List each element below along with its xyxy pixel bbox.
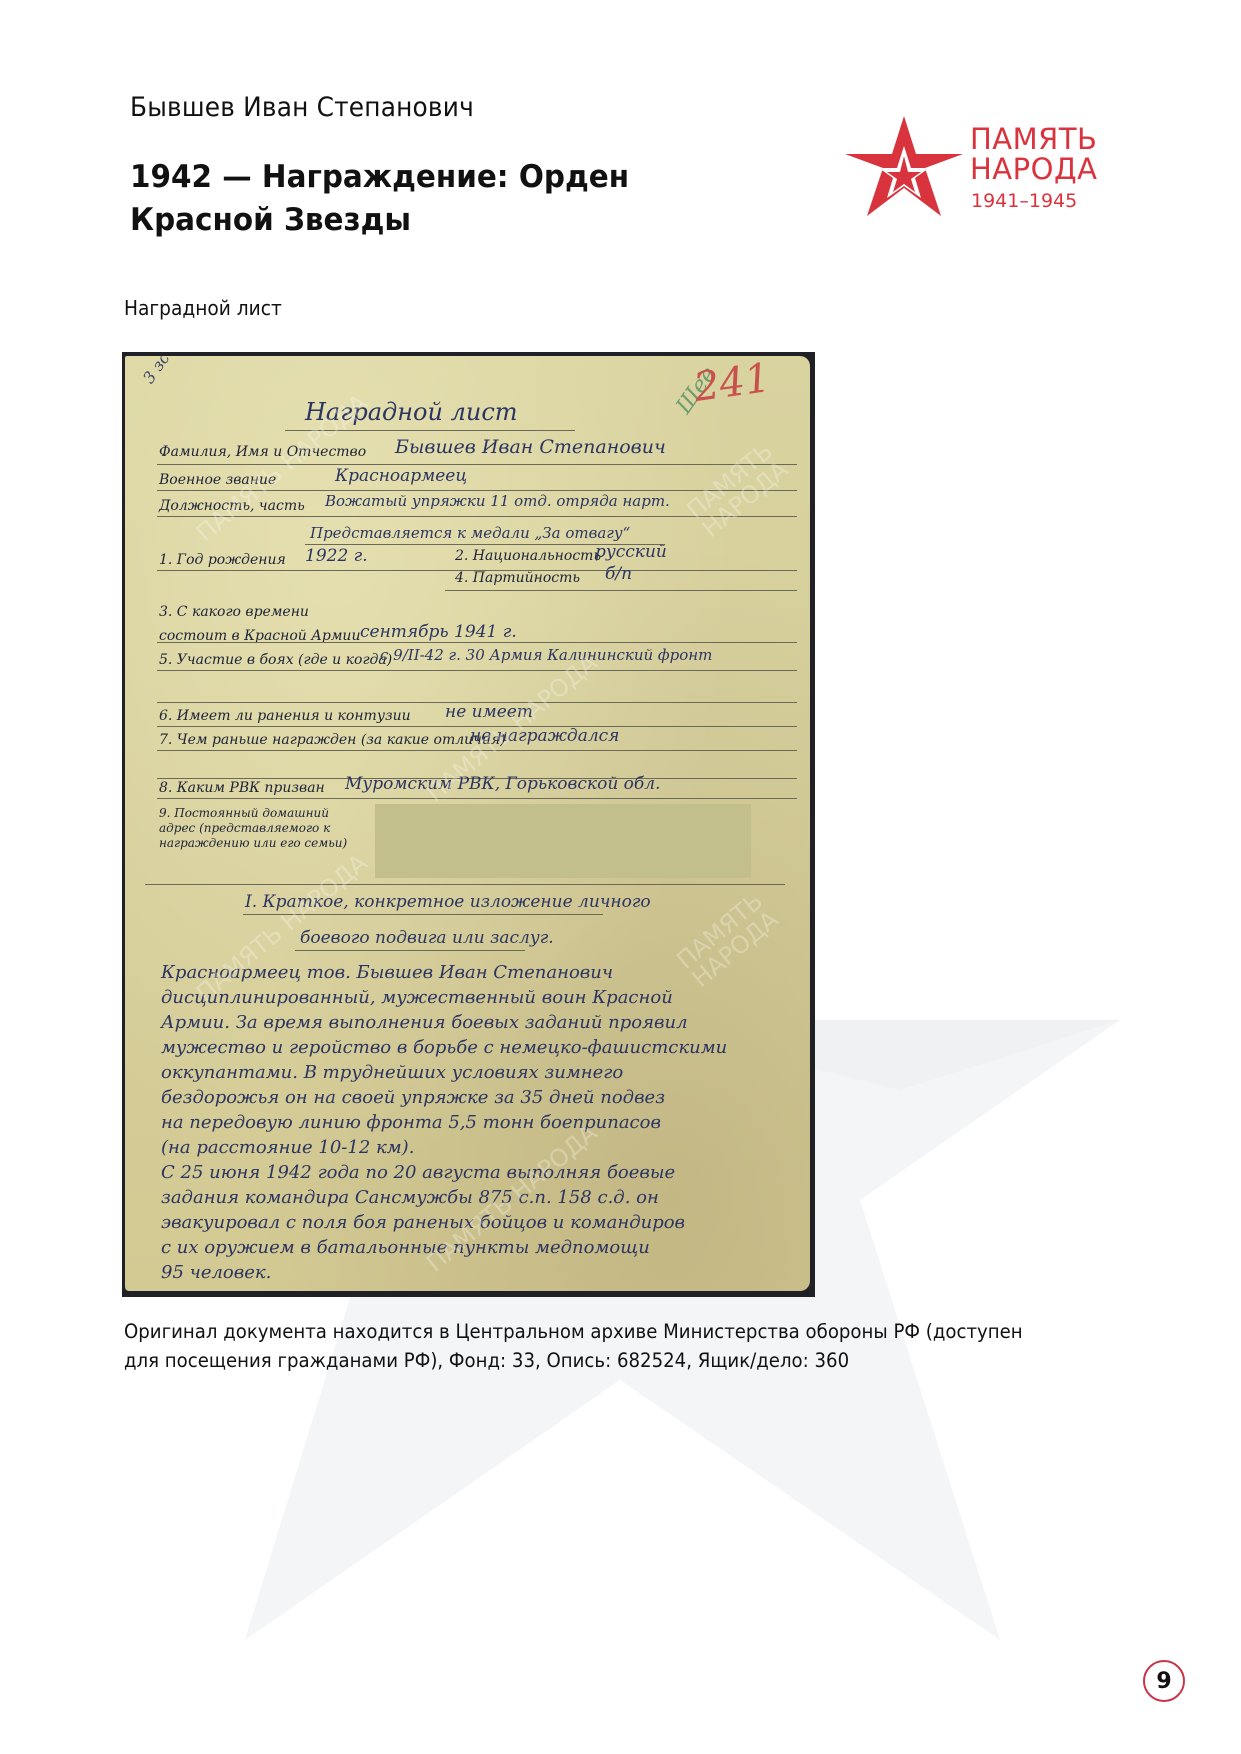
archive-caption: Оригинал документа находится в Центральн… <box>124 1317 1054 1375</box>
narrative-line: дисциплинированный, мужественный воин Кр… <box>161 987 673 1008</box>
narrative-line: мужество и геройство в борьбе с немецко-… <box>161 1037 727 1058</box>
field-label: 1. Год рождения <box>159 552 286 568</box>
field-value: 1922 г. <box>305 546 368 566</box>
field-value: Муромским РВК, Горьковской обл. <box>345 774 661 794</box>
field-label: 9. Постоянный домашний адрес (представля… <box>159 806 369 851</box>
field-value: Бывшев Иван Степанович <box>395 436 666 458</box>
award-sheet-paper: 3 зс Кв 8401004 Шее 241 Наградной лист Ф… <box>125 356 810 1291</box>
narrative-line: с их оружием в батальонные пункты медпом… <box>161 1237 650 1258</box>
field-value: Красноармеец <box>335 466 467 486</box>
field-value: русский <box>595 542 667 562</box>
field-value: сентябрь 1941 г. <box>360 622 517 642</box>
section-label: Наградной лист <box>124 296 282 320</box>
logo-years: 1941–1945 <box>971 190 1077 212</box>
section-heading-2: боевого подвига или заслуг. <box>300 928 554 948</box>
field-value: б/п <box>605 564 632 584</box>
field-label: 7. Чем раньше награжден (за какие отличи… <box>159 732 506 748</box>
page-title: 1942 — Награждение: Орден Красной Звезды <box>130 156 700 242</box>
narrative-line: бездорожья он на своей упряжке за 35 дне… <box>161 1087 665 1108</box>
narrative-line: эвакуировал с поля боя раненых бойцов и … <box>161 1212 685 1233</box>
red-star-icon <box>845 116 963 216</box>
field-label: 6. Имеет ли ранения и контузии <box>159 708 411 724</box>
watermark-text: ПАМЯТЬ НАРОДА <box>649 869 806 1012</box>
narrative-line: оккупантами. В труднейших условиях зимне… <box>161 1062 623 1083</box>
narrative-line: С 25 июня 1942 года по 20 августа выполн… <box>161 1162 675 1183</box>
field-value: Вожатый упряжки 11 отд. отряда нарт. <box>325 492 670 510</box>
corner-note: 3 зс Кв 8401004 <box>139 356 233 387</box>
narrative-line: задания командира Сансмужбы 875 с.п. 158… <box>161 1187 659 1208</box>
field-value: с 9/II-42 г. 30 Армия Калининский фронт <box>380 646 712 664</box>
field-label: 5. Участие в боях (где и когда) <box>159 652 392 668</box>
page-number: 9 <box>1143 1660 1185 1702</box>
field-label: 4. Партийность <box>455 570 580 586</box>
redacted-address <box>375 804 751 878</box>
person-name: Бывшев Иван Степанович <box>130 92 474 123</box>
pamyat-naroda-logo[interactable]: ПАМЯТЬ НАРОДА 1941–1945 <box>845 112 1115 222</box>
narrative-line: Армии. За время выполнения боевых задани… <box>161 1012 688 1033</box>
logo-line-2: НАРОДА <box>970 154 1097 184</box>
logo-line-1: ПАМЯТЬ <box>970 124 1097 154</box>
field-label: 2. Национальность <box>455 548 601 564</box>
narrative-line: 95 человек. <box>161 1262 271 1283</box>
red-stamp: 241 <box>691 356 773 411</box>
narrative-line: (на расстояние 10-12 км). <box>161 1137 414 1158</box>
field-label: 8. Каким РВК призван <box>159 780 325 796</box>
field-value: Представляется к медали „За отвагу“ <box>310 524 630 542</box>
award-sheet-scan: 3 зс Кв 8401004 Шее 241 Наградной лист Ф… <box>122 352 815 1297</box>
field-label: Фамилия, Имя и Отчество <box>159 444 366 460</box>
field-label: 3. С какого времени состоит в Красной Ар… <box>159 600 379 648</box>
